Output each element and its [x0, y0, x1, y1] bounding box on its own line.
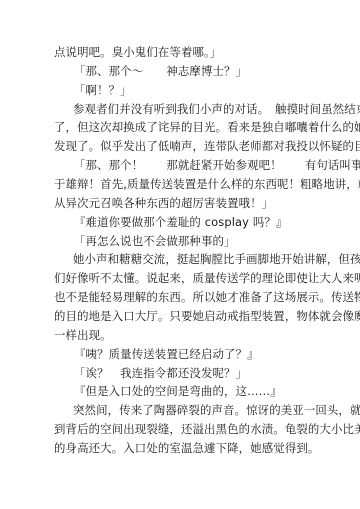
- dialogue-line: 『但是入口处的空间是弯曲的，这……』: [54, 382, 307, 401]
- text-line: 从异次元召唤各种东西的超厉害装置哦！」: [54, 194, 307, 213]
- text-line: 的身高还大。入口处的室温急遽下降，她感觉得到。: [54, 439, 307, 458]
- dialogue-line: 「再怎么说也不会做那种事的」: [54, 232, 307, 251]
- text-line: 也不是能轻易理解的东西。所以她才准备了这场展示。传送物质: [54, 288, 307, 307]
- text-line: 们好像听不太懂。说起来，质量传送学的理论即使让大人来听，: [54, 269, 307, 288]
- dialogue-line: 「那、那个～ 神志摩博士？」: [54, 62, 307, 81]
- text-line: 到背后的空间出现裂缝，还溢出黑色的水渍。龟裂的大小比美亚: [54, 420, 307, 439]
- document-page: 点说明吧。臭小鬼们在等着哪。」 「那、那个～ 神志摩博士？」 「啊！？」 参观者…: [54, 43, 307, 458]
- text-line: 了，但这次却换成了诧异的目光。看来是独自嘟囔着什么的她被: [54, 118, 307, 137]
- paragraph-start-line: 她小声和糖糖交流，挺起胸膛比手画脚地开始讲解，但孩子: [54, 250, 307, 269]
- text-line: 点说明吧。臭小鬼们在等着哪。」: [54, 43, 307, 62]
- dialogue-line: 「那、那个！ 那就赶紧开始参观吧！ 有句话叫事实胜: [54, 156, 307, 175]
- paragraph-start-line: 突然间，传来了陶器碎裂的声音。惊讶的美亚一回头，就看: [54, 401, 307, 420]
- text-line: 一样出现。: [54, 326, 307, 345]
- dialogue-line: 『咦？质量传送装置已经启动了？』: [54, 345, 307, 364]
- text-line: 的目的地是入口大厅。只要她启动戒指型装置，物体就会像魔法: [54, 307, 307, 326]
- dialogue-line: 『难道你要做那个羞耻的 cosplay 吗？』: [54, 213, 307, 232]
- paragraph-start-line: 参观者们并没有听到我们小声的对话。 触摸时间虽然结束: [54, 100, 307, 119]
- dialogue-line: 「诶？ 我连指令都还没发呢？」: [54, 364, 307, 383]
- dialogue-line: 「啊！？」: [54, 81, 307, 100]
- text-line: 于雄辩！首先,质量传送装置是什么样的东西呢！粗略地讲，就是: [54, 175, 307, 194]
- text-line: 发现了。似乎发出了低喃声，连带队老师都对我投以怀疑的目光。: [54, 137, 307, 156]
